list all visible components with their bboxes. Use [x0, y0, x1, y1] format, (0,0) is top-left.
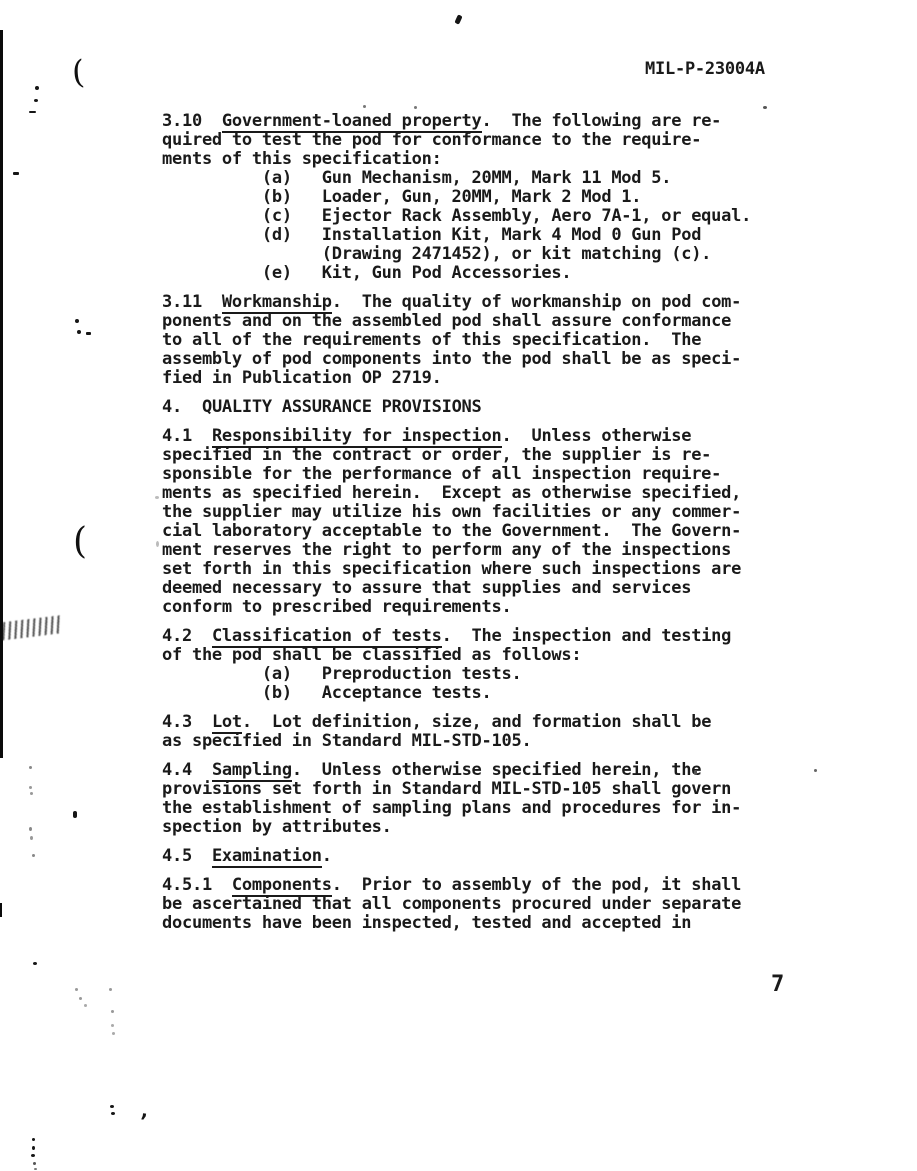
scan-speck: [77, 330, 81, 334]
section-3-11: 3.11 Workmanship. The quality of workman…: [162, 293, 852, 388]
section-text: . The following are re-: [482, 111, 722, 131]
section-body: quired to test the pod for conformance t…: [162, 131, 852, 283]
scan-speck: [414, 106, 417, 109]
scan-speck: [112, 1032, 115, 1035]
section-4-heading: 4. QUALITY ASSURANCE PROVISIONS: [162, 398, 852, 417]
scan-speck: [79, 997, 82, 1000]
section-text: . Prior to assembly of the pod, it shall: [332, 875, 741, 895]
section-number: 4.1: [162, 426, 212, 446]
scan-speck: [363, 105, 366, 108]
scanned-spec-page: { "page": { "header": "MIL-P-23004A", "p…: [0, 0, 917, 1171]
scan-speck: [30, 836, 33, 840]
scan-speck: [111, 1010, 114, 1013]
scan-speck: [111, 1024, 114, 1027]
scan-speck: [33, 962, 37, 965]
section-4-4: 4.4 Sampling. Unless otherwise specified…: [162, 761, 852, 837]
scan-speck: [33, 1162, 36, 1165]
scan-speck: [694, 770, 697, 775]
scan-speck: [73, 811, 77, 818]
section-number: 4.5.1: [162, 875, 232, 895]
scan-speck: [454, 14, 462, 24]
section-4-2: 4.2 Classification of tests. The inspect…: [162, 627, 852, 703]
scan-edge-line-fragment: [0, 903, 2, 917]
section-body: as specified in Standard MIL-STD-105.: [162, 732, 852, 751]
section-title: Examination: [212, 846, 322, 868]
page-number: 7: [771, 974, 784, 996]
scan-speck: [35, 86, 39, 90]
section-text: . Unless otherwise: [502, 426, 692, 446]
section-body: provisions set forth in Standard MIL-STD…: [162, 780, 852, 837]
section-number: 4.4: [162, 760, 212, 780]
document-body: 3.10 Government-loaned property. The fol…: [162, 112, 852, 943]
scan-speck: [31, 1154, 35, 1157]
section-body: of the pod shall be classified as follow…: [162, 646, 852, 703]
scan-speck: [34, 1168, 37, 1170]
scan-speck: [155, 496, 159, 499]
scan-speck: [75, 319, 79, 323]
section-number: 4.2: [162, 626, 212, 646]
section-4-5-1: 4.5.1 Components. Prior to assembly of t…: [162, 876, 852, 933]
scan-speck: [13, 172, 19, 175]
scan-speck: [29, 766, 32, 769]
scan-smudge: [0, 615, 63, 641]
handwritten-paren-mark: (: [73, 524, 87, 560]
section-number: 4.5: [162, 846, 212, 866]
section-text: . Lot definition, size, and formation sh…: [242, 712, 711, 732]
handwritten-comma-mark: ,: [138, 1099, 153, 1120]
scan-speck: [29, 111, 36, 113]
section-number: 4.: [162, 397, 202, 417]
section-text: QUALITY ASSURANCE PROVISIONS: [202, 397, 482, 417]
section-4-1: 4.1 Responsibility for inspection. Unles…: [162, 427, 852, 617]
section-number: 4.3: [162, 712, 212, 732]
scan-speck: [30, 792, 33, 795]
section-number: 3.11: [162, 292, 222, 312]
spec-number-header: MIL-P-23004A: [645, 60, 765, 79]
handwritten-paren-mark: (: [71, 56, 86, 89]
section-4-3: 4.3 Lot. Lot definition, size, and forma…: [162, 713, 852, 751]
scan-edge-line: [0, 30, 3, 758]
scan-speck: [34, 99, 38, 102]
scan-speck: [75, 988, 78, 991]
section-text: . The inspection and testing: [442, 626, 732, 646]
scan-speck: [86, 332, 91, 335]
section-text: . Unless otherwise specified herein, the: [292, 760, 701, 780]
scan-speck: [32, 1138, 35, 1141]
scan-speck: [111, 1112, 115, 1115]
scan-speck: [84, 1004, 87, 1007]
scan-speck: [110, 1105, 114, 1108]
section-3-10: 3.10 Government-loaned property. The fol…: [162, 112, 852, 283]
scan-speck: [29, 786, 32, 789]
section-text: . The quality of workmanship on pod com-: [332, 292, 741, 312]
section-text: .: [322, 846, 332, 866]
scan-speck: [32, 1146, 35, 1150]
scan-speck: [109, 988, 112, 991]
section-number: 3.10: [162, 111, 222, 131]
scan-speck: [156, 541, 159, 547]
scan-speck: [814, 769, 817, 772]
section-body: be ascertained that all components procu…: [162, 895, 852, 933]
section-body: specified in the contract or order, the …: [162, 446, 852, 617]
scan-speck: [763, 106, 767, 109]
scan-speck: [32, 854, 35, 857]
section-body: ponents and on the assembled pod shall a…: [162, 312, 852, 388]
scan-speck: [29, 827, 32, 831]
section-4-5: 4.5 Examination.: [162, 847, 852, 866]
